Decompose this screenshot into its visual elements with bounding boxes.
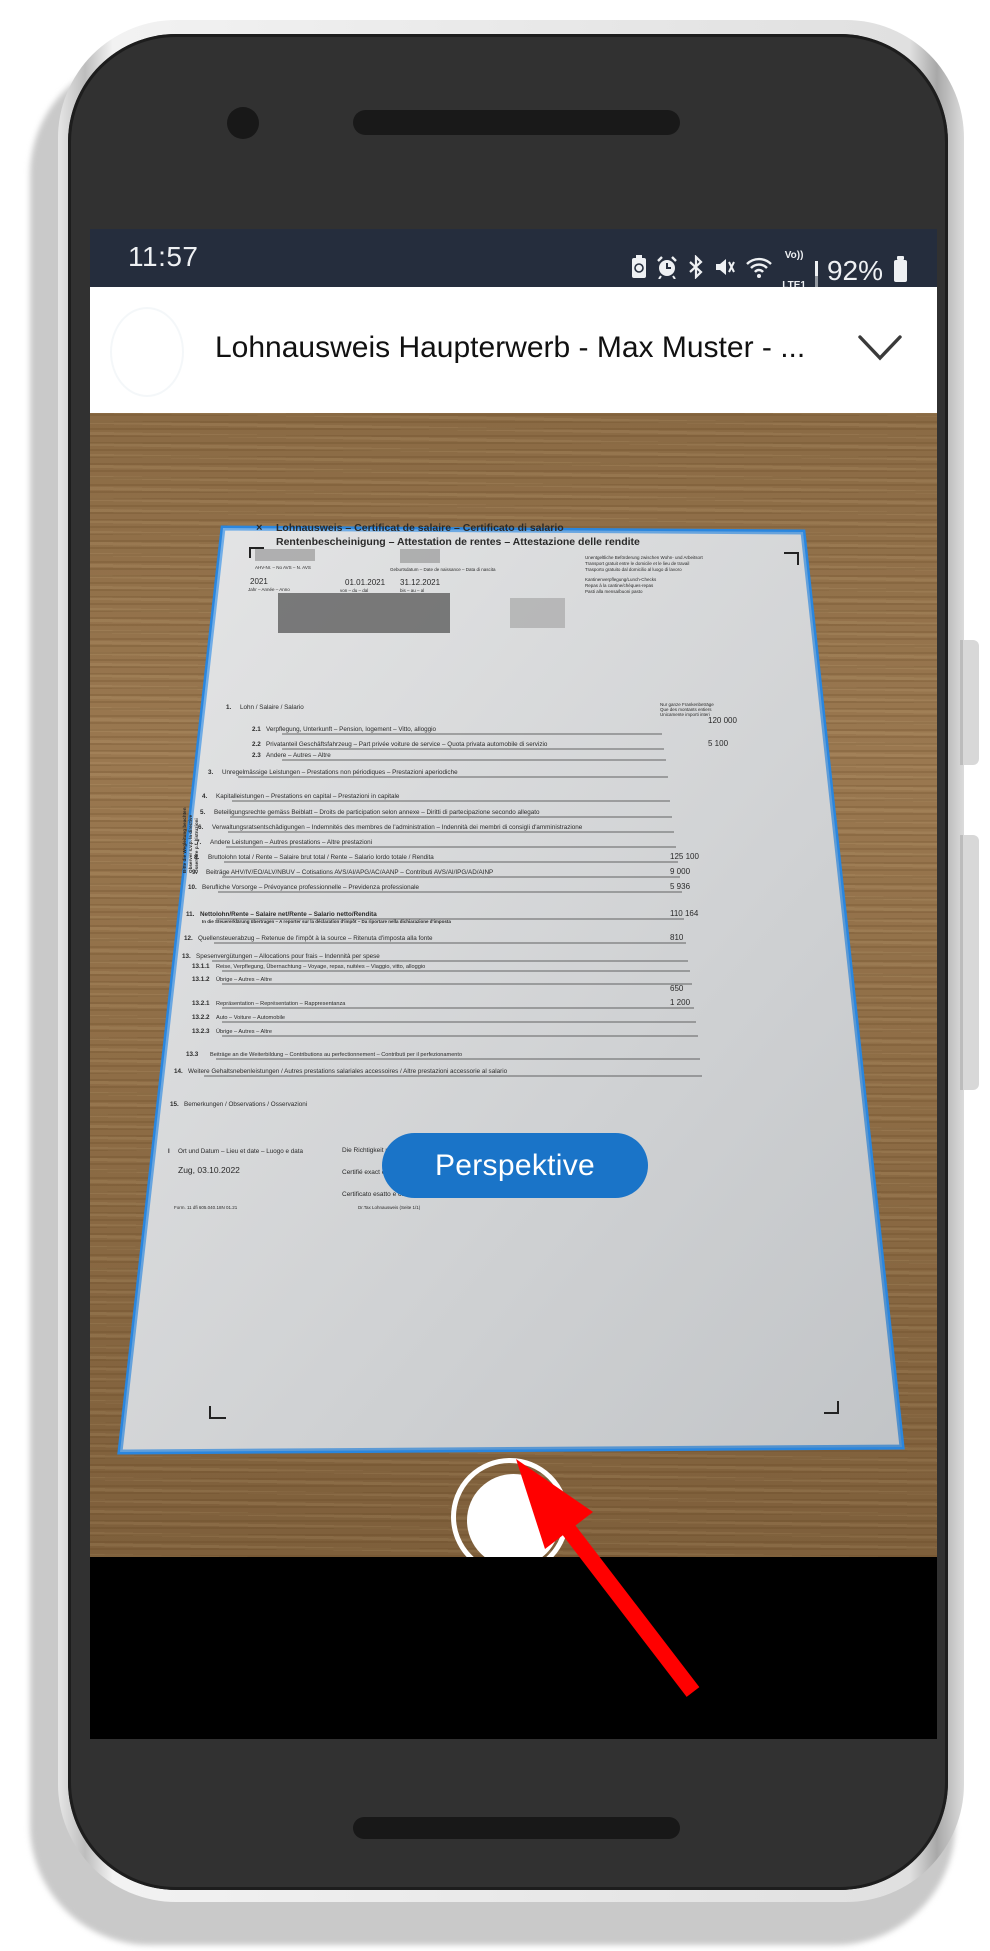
row-label: Berufliche Vorsorge – Prévoyance profess… bbox=[202, 884, 420, 891]
row-label: Übrige – Autres – Altre bbox=[216, 1028, 272, 1035]
row-amount: 650 bbox=[670, 984, 684, 993]
row-number: 13.1.1 bbox=[192, 963, 210, 970]
row-label: Auto – Voiture – Automobile bbox=[216, 1015, 285, 1021]
row-label: Spesenvergütungen – Allocations pour fra… bbox=[196, 953, 380, 960]
row-number: 15. bbox=[170, 1101, 179, 1108]
document-text: AHV-Nr. – No AVS – N. AVS bbox=[255, 565, 311, 570]
row-label: Nettolohn/Rente – Salaire net/Rente – Sa… bbox=[200, 911, 377, 918]
document-footer: Dr.Tax Lohnausweis (Seite 1/1) bbox=[358, 1205, 421, 1210]
row-number: 13.1.2 bbox=[192, 976, 210, 983]
form-id: Form. 11 dfi 605.040.18N 01.21 bbox=[174, 1205, 238, 1210]
row-number: 2.3 bbox=[252, 752, 261, 759]
row-label: Lohn / Salaire / Salario bbox=[240, 704, 304, 711]
row-number: 2.2 bbox=[252, 741, 261, 748]
status-time: 11:57 bbox=[128, 241, 199, 273]
document-text: Unicamente importi interi bbox=[660, 712, 710, 717]
battery-saver-icon bbox=[631, 255, 647, 287]
signal-icon bbox=[815, 261, 818, 281]
row-amount: 110 164 bbox=[670, 909, 699, 918]
row-label: Beteiligungsrechte gemäss Beiblatt – Dro… bbox=[214, 809, 540, 816]
row-amount: 9 000 bbox=[670, 867, 691, 876]
document-text: Geburtsdatum – Date de naissance – Data … bbox=[390, 567, 496, 572]
document-text: Kantinenverpflegung/Lunch-Checks bbox=[585, 577, 657, 582]
app-header: Lohnausweis Haupterwerb - Max Muster - .… bbox=[90, 287, 937, 413]
scanned-document: ×Lohnausweis – Certificat de salaire – C… bbox=[90, 413, 937, 1557]
row-label: Übrige – Autres – Altre bbox=[216, 976, 272, 983]
row-number: 4. bbox=[202, 793, 208, 800]
row-label: Andere – Autres – Altre bbox=[266, 752, 331, 759]
volte-label: Vo)) bbox=[785, 241, 804, 271]
document-text: Pasti alla mensa/buoni pasto bbox=[585, 589, 643, 594]
battery-percent: 92% bbox=[827, 256, 883, 286]
bluetooth-icon bbox=[687, 255, 705, 287]
row-number: 13. bbox=[182, 953, 191, 960]
phone-screen: 11:57 Vo))LTE1 92% Lohnausweis Ha bbox=[90, 229, 937, 1739]
row-number: 3. bbox=[208, 769, 214, 776]
earpiece-speaker bbox=[353, 110, 680, 135]
row-label: Repräsentation – Représentation – Rappre… bbox=[216, 1001, 346, 1007]
row-amount: 5 936 bbox=[670, 882, 691, 891]
chevron-down-icon[interactable] bbox=[857, 333, 903, 363]
perspective-button[interactable]: Perspektive bbox=[382, 1133, 648, 1198]
row-label: Bruttolohn total / Rente – Salaire brut … bbox=[208, 854, 434, 861]
row-amount: 120 000 bbox=[708, 716, 737, 725]
document-text: Repas à la cantine/chèques-repas bbox=[585, 583, 654, 588]
row-label: Bemerkungen / Observations / Osservazion… bbox=[184, 1101, 307, 1108]
from-date: 01.01.2021 bbox=[345, 578, 386, 587]
side-note: Observer s.v.p. la directive bbox=[188, 814, 193, 873]
document-title-line1: Lohnausweis – Certificat de salaire – Ce… bbox=[276, 522, 564, 534]
row-label: Beiträge an die Weiterbildung – Contribu… bbox=[210, 1052, 462, 1058]
camera-preview: ×Lohnausweis – Certificat de salaire – C… bbox=[90, 413, 937, 1557]
place-date-label: Ort und Datum – Lieu et date – Luogo e d… bbox=[178, 1148, 303, 1155]
app-logo bbox=[110, 307, 184, 397]
document-text: bis – au – al bbox=[400, 588, 424, 593]
row-number: 5. bbox=[200, 809, 206, 816]
row-number: 14. bbox=[174, 1068, 183, 1075]
alarm-icon bbox=[656, 255, 678, 287]
to-date: 31.12.2021 bbox=[400, 578, 441, 587]
document-text: Trasporto gratuito dal domicilio al luog… bbox=[585, 567, 682, 572]
document-text: Jahr – Année – Anno bbox=[248, 587, 290, 592]
close-mark: × bbox=[256, 522, 262, 534]
row-amount: 1 200 bbox=[670, 998, 691, 1007]
row-number: 13.2.2 bbox=[192, 1014, 210, 1021]
row-label: Beiträge AHV/IV/EO/ALV/NBUV – Cotisation… bbox=[206, 869, 493, 876]
row-number: 2.1 bbox=[252, 726, 261, 733]
row-label: Andere Leistungen – Autres prestations –… bbox=[210, 839, 372, 846]
row-label: Privatanteil Geschäftsfahrzeug – Part pr… bbox=[266, 741, 548, 748]
battery-icon bbox=[894, 260, 907, 282]
camera-controls-bar bbox=[90, 1557, 937, 1739]
row-label: Weitere Gehaltsnebenleistungen / Autres … bbox=[188, 1068, 508, 1075]
document-text: Transport gratuit entre le domicile et l… bbox=[585, 561, 689, 566]
row-number: 12. bbox=[184, 935, 193, 942]
front-camera bbox=[227, 107, 259, 139]
side-note: Bitte die Wegleitung beachten bbox=[182, 807, 187, 873]
row-label: Unregelmässige Leistungen – Prestations … bbox=[222, 769, 458, 776]
home-indicator bbox=[353, 1817, 680, 1839]
power-button bbox=[960, 835, 979, 1090]
row-label: Verwaltungsratsentschädigungen – Indemni… bbox=[212, 824, 583, 831]
document-text: von – du – dal bbox=[340, 588, 368, 593]
year-value: 2021 bbox=[250, 577, 268, 586]
row-label: Quellensteuerabzug – Retenue de l'impôt … bbox=[198, 935, 433, 942]
document-text: In die Steuererklärung übertragen – A re… bbox=[202, 919, 451, 924]
side-note: Osservare p.f. l'istruzioni bbox=[194, 818, 199, 873]
row-amount: 125 100 bbox=[670, 852, 699, 861]
mute-icon bbox=[714, 255, 736, 287]
row-label: Verpflegung, Unterkunft – Pension, logem… bbox=[266, 726, 437, 733]
row-label: Kapitalleistungen – Prestations en capit… bbox=[216, 793, 400, 800]
row-amount: 5 100 bbox=[708, 739, 729, 748]
wifi-icon bbox=[745, 255, 773, 287]
row-label: Reise, Verpflegung, Übernachtung – Voyag… bbox=[216, 963, 425, 970]
shutter-button[interactable] bbox=[467, 1474, 560, 1557]
row-number: 13.2.1 bbox=[192, 1000, 210, 1007]
row-number: 10. bbox=[188, 884, 197, 891]
row-number: 13.2.3 bbox=[192, 1028, 210, 1035]
row-number: 13.3 bbox=[186, 1051, 199, 1058]
document-text: Unentgeltliche Beförderung zwischen Wohn… bbox=[585, 555, 703, 560]
volume-button bbox=[960, 640, 979, 765]
document-title-line2: Rentenbescheinigung – Attestation de ren… bbox=[276, 536, 640, 548]
status-bar: 11:57 Vo))LTE1 92% bbox=[90, 229, 937, 287]
row-number: 11. bbox=[186, 911, 195, 918]
row-amount: 810 bbox=[670, 933, 684, 942]
place-date-value: Zug, 03.10.2022 bbox=[178, 1165, 240, 1175]
document-title: Lohnausweis Haupterwerb - Max Muster - .… bbox=[215, 331, 805, 365]
row-number: 1. bbox=[226, 704, 232, 711]
